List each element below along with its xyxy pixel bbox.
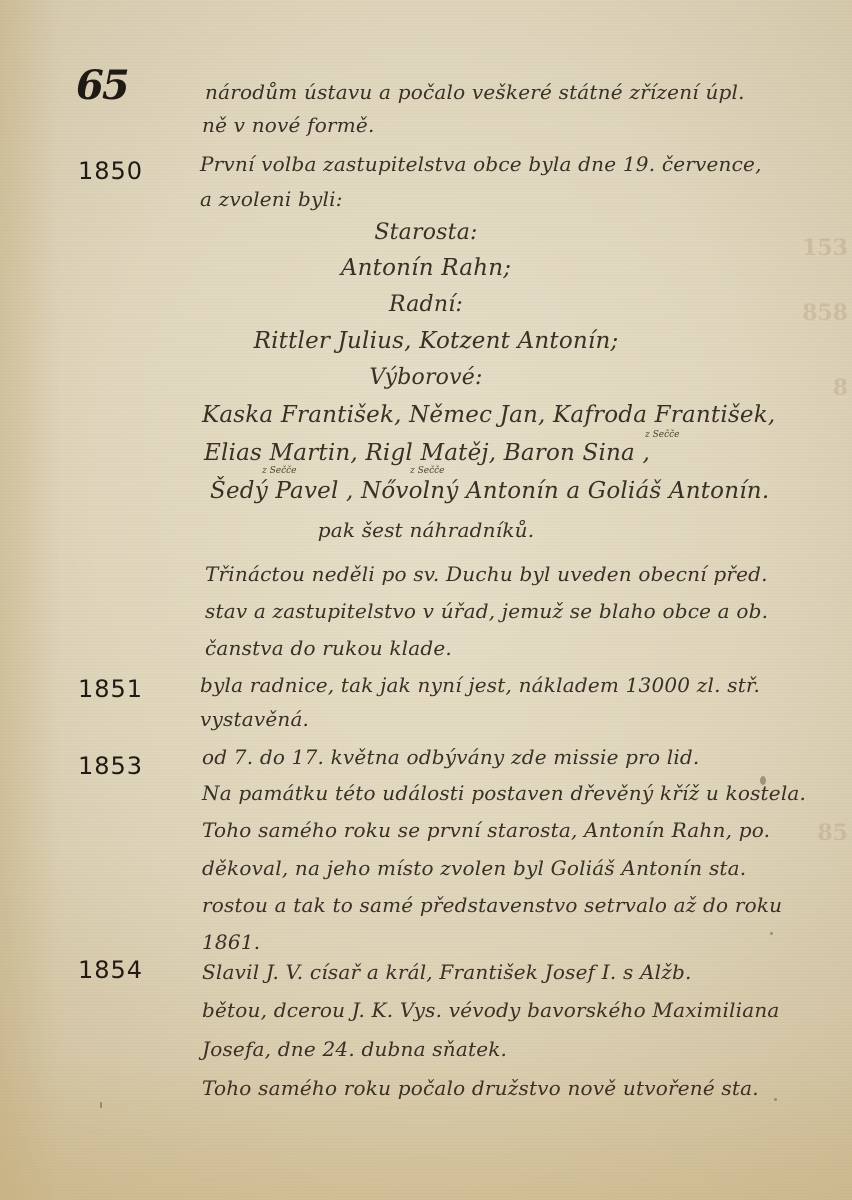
committee-names: Šedý Pavel , Nővolný Antonín a Goliáš An… [210,478,769,504]
ink-dot [770,932,773,935]
committee-names: Kaska František, Němec Jan, Kafroda Fran… [202,402,775,428]
councillor-names: Rittler Julius, Kotzent Antonín; [0,328,852,354]
manuscript-page: 153 858 8 85 65 1850 1851 1853 1854 náro… [0,0,852,1200]
page-number: 65 [76,62,128,109]
text-line: Na památku této události postaven dřevěn… [202,781,806,805]
text-line: První volba zastupitelstva obce byla dne… [200,152,762,176]
page-edge-stain [0,0,60,1200]
annotation-note: z Sečče [262,466,297,476]
mayor-name: Antonín Rahn; [0,255,852,281]
text-line: Toho samého roku počalo družstvo nově ut… [202,1076,759,1100]
text-line: čanstva do rukou klade. [205,636,452,660]
text-line: národům ústavu a počalo veškeré státné z… [205,80,745,104]
committee-names: Elias Martin, Rigl Matěj, Baron Sina , [204,440,650,466]
text-line: byla radnice, tak jak nyní jest, náklade… [200,673,760,697]
annotation-note: z Sečče [410,466,445,476]
text-line: Josefa, dne 24. dubna sňatek. [202,1037,507,1061]
margin-year-1851: 1851 [78,675,143,703]
margin-year-1854: 1854 [78,956,143,984]
text-line: vystavěná. [200,707,309,731]
margin-year-1853: 1853 [78,752,143,780]
margin-year-1850: 1850 [78,157,143,185]
text-line: Toho samého roku se první starosta, Anto… [202,818,770,842]
text-line: a zvoleni byli: [200,187,343,211]
text-line: rostou a tak to samé představenstvo setr… [202,893,782,917]
text-line: 1861. [202,930,260,954]
text-line: pak šest náhradníků. [0,518,852,542]
text-line: stav a zastupitelstvo v úřad, jemuž se b… [205,599,768,623]
text-line: od 7. do 17. května odbývány zde missie … [202,745,700,769]
ink-mark [100,1102,102,1108]
text-line: bětou, dcerou J. K. Vys. vévody bavorské… [202,998,780,1022]
ink-dot [774,1098,777,1101]
text-line: ně v nové formě. [202,113,375,137]
heading-mayor: Starosta: [0,220,852,245]
heading-committee: Výborové: [0,365,852,390]
text-line: Třináctou neděli po sv. Duchu byl uveden… [205,562,768,586]
heading-councillors: Radní: [0,292,852,317]
annotation-note: z Sečče [645,430,680,440]
text-line: děkoval, na jeho místo zvolen byl Goliáš… [202,856,746,880]
text-line: Slavil J. V. císař a král, František Jos… [202,960,692,984]
bleed-through-mark: 85 [817,820,848,846]
ink-blot [760,776,766,785]
